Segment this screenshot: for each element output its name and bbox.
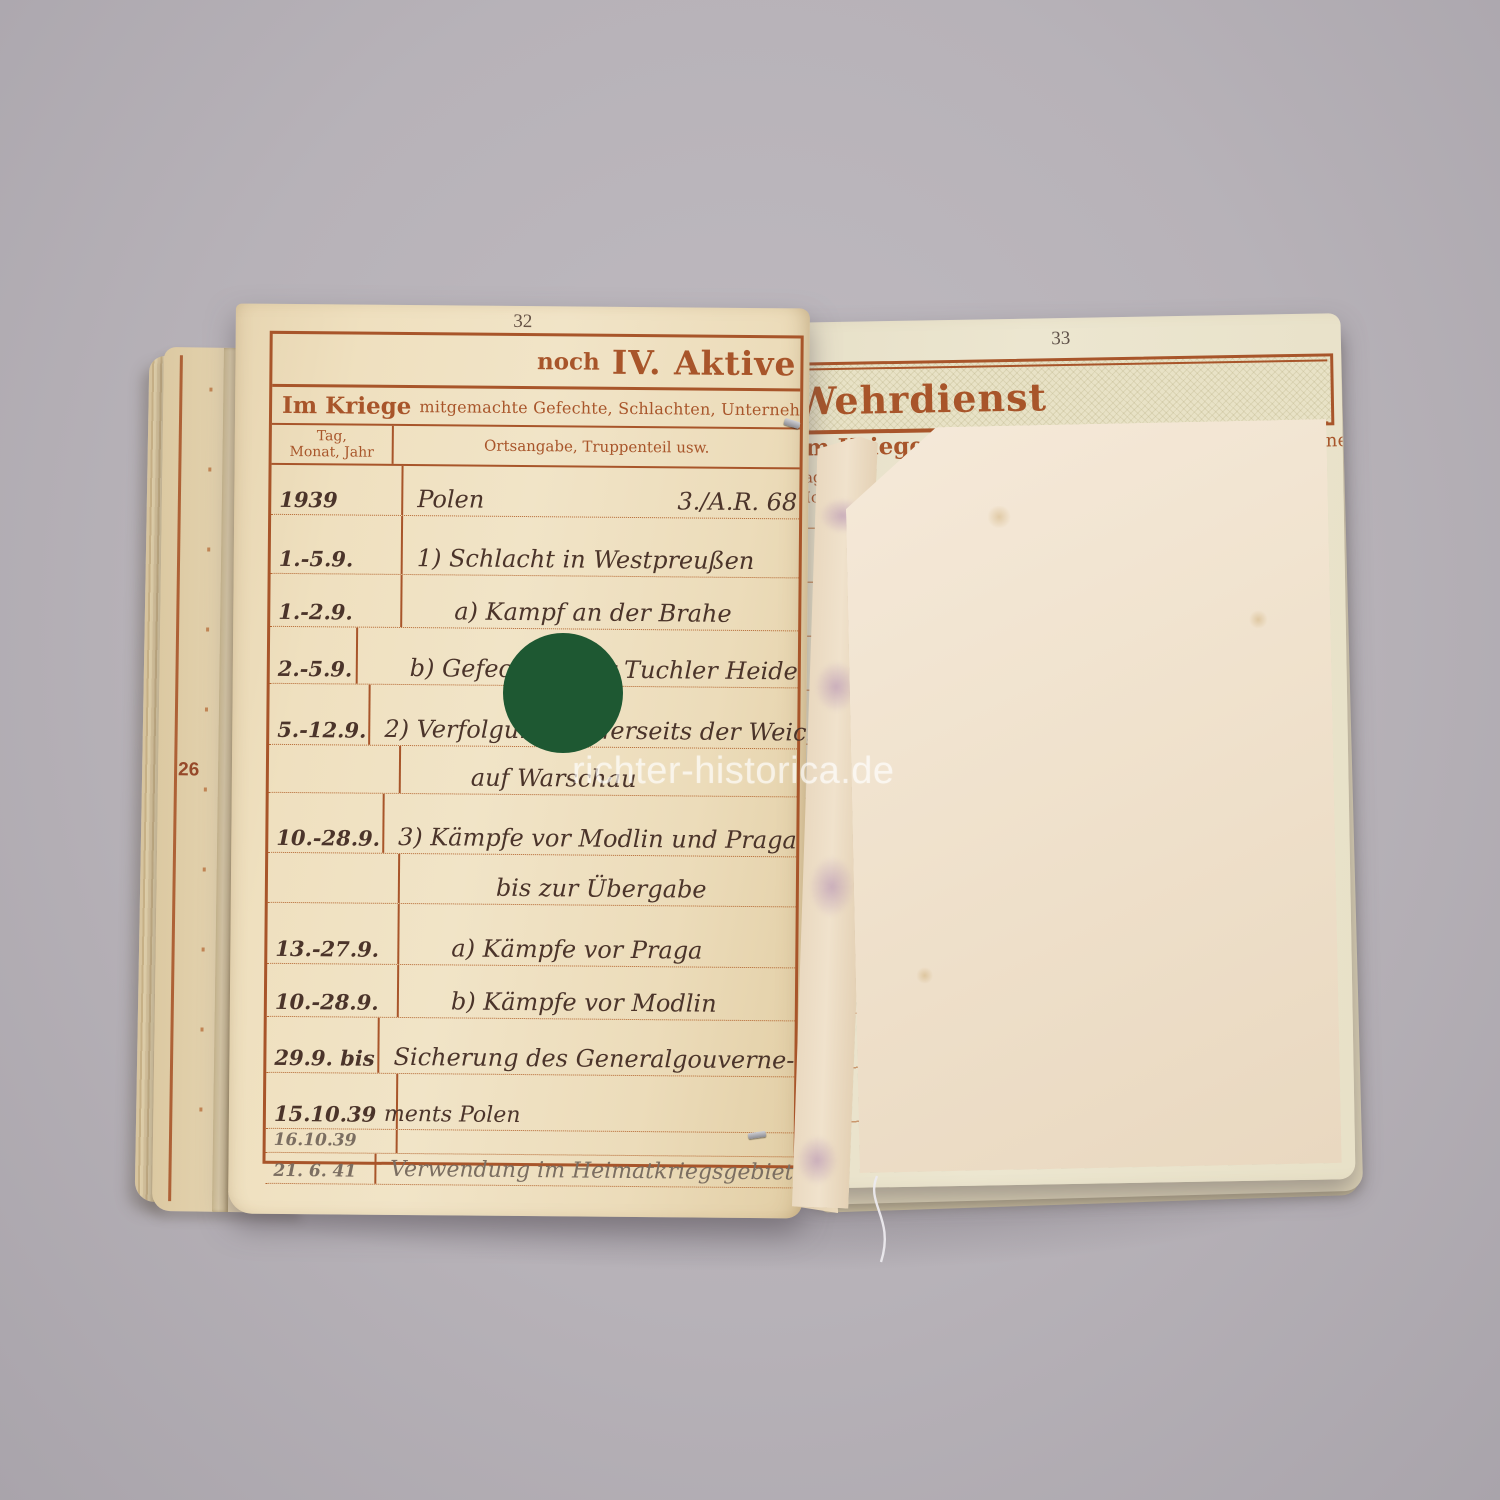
table-row: 1939 Polen 3./A.R. 68 xyxy=(271,465,799,520)
row-entry: Polen 3./A.R. 68 xyxy=(403,466,799,518)
insert-blank-sheet xyxy=(844,419,1341,1173)
date-col-line1: Tag, xyxy=(317,428,347,444)
paper-blemish xyxy=(1248,610,1268,628)
censor-dot xyxy=(503,633,623,753)
left-war-heading-rest: mitgemachte Gefechte, Schlachten, Untern… xyxy=(419,397,800,420)
row-entry: Sicherung des Generalgouverne- xyxy=(379,1018,794,1077)
watermark-text: richter-historica.de xyxy=(572,750,895,793)
date-col-line2: Monat, Jahr xyxy=(289,444,373,461)
row-entry: 1) Schlacht in Westpreußen xyxy=(403,516,799,577)
row-date: 1939 xyxy=(271,465,403,515)
row-date xyxy=(268,853,400,903)
row-date: 1.-5.9. xyxy=(271,515,404,574)
left-war-heading-lead: Im Kriege xyxy=(282,391,412,419)
table-row: 13.-27.9. a) Kämpfe vor Praga xyxy=(267,903,796,969)
row-entry: 3) Kämpfe vor Modlin und Praga xyxy=(384,794,797,857)
row-date xyxy=(269,745,401,793)
right-section-title: Wehrdienst xyxy=(793,374,1047,423)
row-entry: a) Kämpfe vor Praga xyxy=(399,904,796,967)
paper-blemish xyxy=(986,506,1012,529)
row-date: 29.9. bis xyxy=(266,1017,380,1073)
row-entry: b) Kämpfe vor Modlin xyxy=(399,965,795,1020)
left-table-body: 1939 Polen 3./A.R. 68 1.-5.9. 1) Schlach… xyxy=(265,465,799,1189)
left-section-title: IV. Aktive xyxy=(612,342,797,383)
right-page-number: 33 xyxy=(781,323,1341,355)
row-date: 16.10.39 xyxy=(266,1129,398,1153)
stamp-bleed-mark xyxy=(808,855,856,919)
table-row-continuation: bis zur Übergabe xyxy=(268,853,796,908)
table-row: 21. 6. 41 Verwendung im Heimatkriegsgebi… xyxy=(265,1153,793,1189)
row-entry-text: Polen xyxy=(417,485,484,514)
section-continuation-prefix: noch xyxy=(537,348,600,376)
loose-thread xyxy=(855,1172,925,1267)
table-row: 15.10.39 ments Polen xyxy=(266,1073,794,1134)
table-row: 10.-28.9. 3) Kämpfe vor Modlin und Praga xyxy=(268,793,797,858)
paper-blemish xyxy=(916,967,934,983)
row-entry: bis zur Übergabe xyxy=(400,854,796,906)
row-entry: Verwendung im Heimatkriegsgebiet xyxy=(376,1154,793,1188)
date-column-header: Tag, Monat, Jahr xyxy=(272,425,394,464)
row-date: 1.-2.9. xyxy=(270,574,402,627)
row-date: 10.-28.9. xyxy=(268,793,384,853)
row-date: 13.-27.9. xyxy=(267,903,400,964)
row-date: 5.-12.9. xyxy=(269,684,371,745)
left-section-band: noch IV. Aktive xyxy=(272,334,800,392)
row-date: 2.-5.9. xyxy=(270,627,358,684)
table-row: 1.-2.9. a) Kampf an der Brahe xyxy=(270,574,798,632)
table-row: 1.-5.9. 1) Schlacht in Westpreußen xyxy=(271,515,799,579)
left-war-heading: Im Kriege mitgemachte Gefechte, Schlacht… xyxy=(272,387,800,430)
table-row: 10.-28.9. b) Kämpfe vor Modlin xyxy=(267,964,795,1022)
under-page-dotted-leaders xyxy=(199,388,213,1172)
row-entry: a) Kampf an der Brahe xyxy=(402,575,798,630)
row-entry xyxy=(398,1130,794,1156)
stamp-bleed-mark xyxy=(795,1135,839,1187)
place-column-header: Ortsangabe, Truppenteil usw. xyxy=(394,426,800,468)
row-entry: ments Polen xyxy=(370,1074,794,1133)
row-date: 10.-28.9. xyxy=(267,964,399,1017)
table-row: 29.9. bis Sicherung des Generalgouverne- xyxy=(266,1017,794,1078)
row-unit-annotation: 3./A.R. 68 xyxy=(677,487,799,516)
under-page-number-26: 26 xyxy=(178,759,199,781)
left-column-headers: Tag, Monat, Jahr Ortsangabe, Truppenteil… xyxy=(272,425,800,470)
row-date: 21. 6. 41 xyxy=(265,1153,376,1184)
